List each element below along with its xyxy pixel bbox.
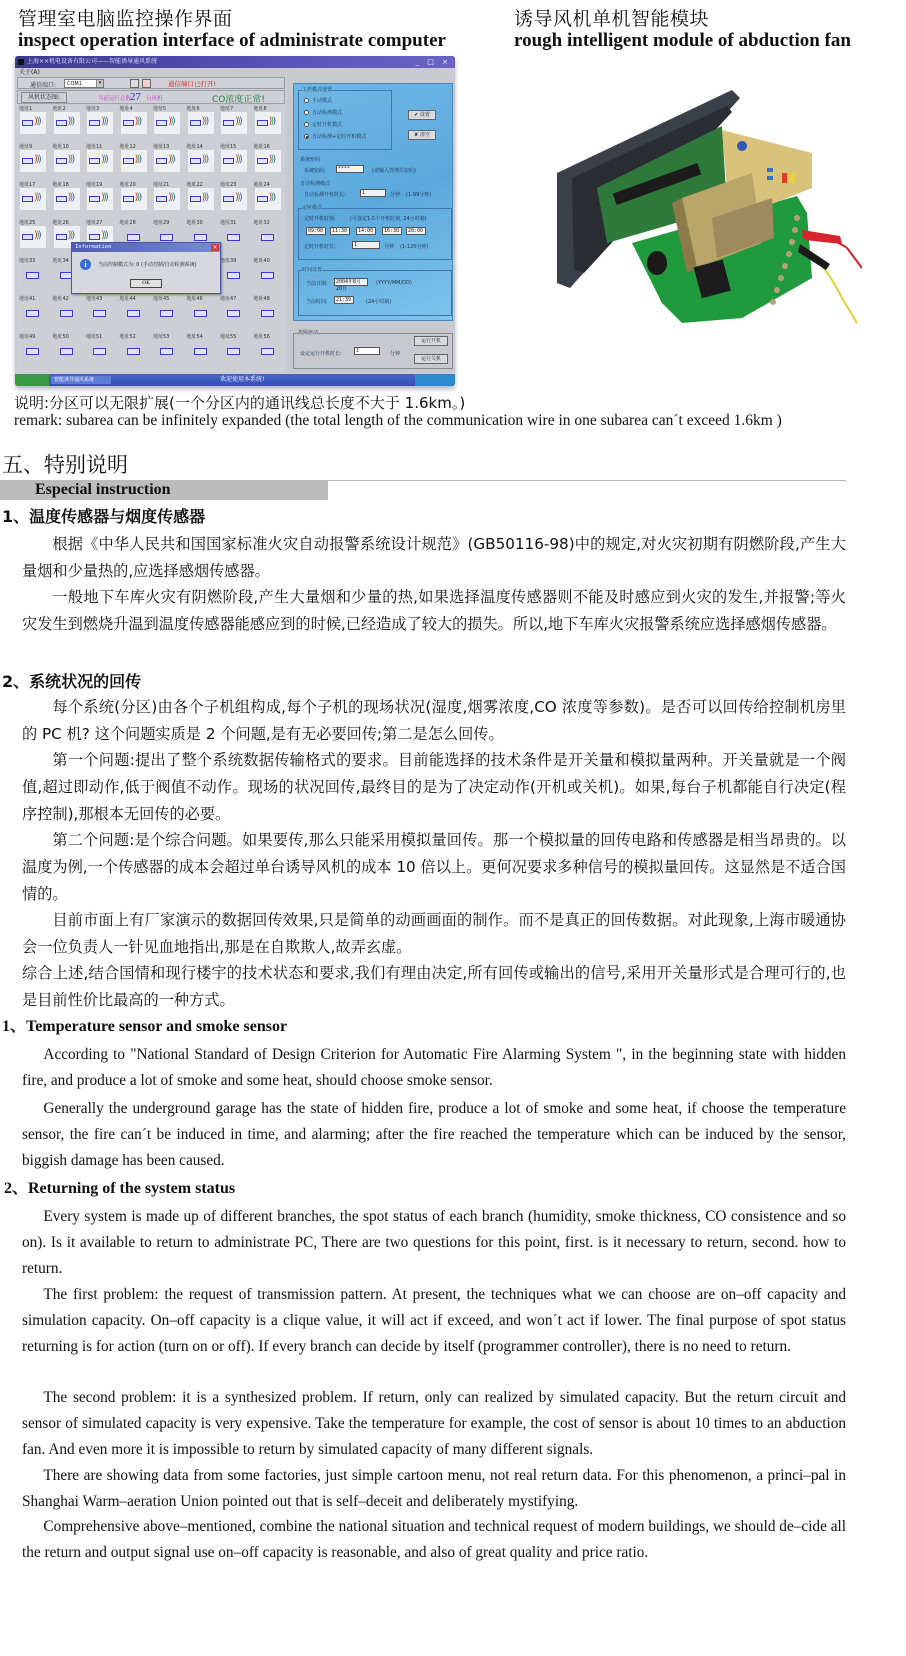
fan-cell[interactable]: 地址46 [185,295,218,328]
fan-cell[interactable]: 地址41 [17,295,50,328]
airflow-waves-icon: ))) [168,155,174,165]
fan-icon [227,272,240,279]
fan-tile [154,302,180,324]
fan-icon [261,310,274,317]
fan-cell[interactable]: 地址18))) [51,181,84,214]
date-input[interactable]: 2004年8月20日 [334,278,368,286]
settings-panel: 工作模式设置 手动模式 自动检测模式 定时开机模式 自动检测+定时开机模式 ✔ … [287,77,455,373]
fan-cell[interactable]: 地址11))) [84,143,117,176]
fan-address-label: 地址39 [220,257,236,264]
fan-icon [223,158,234,164]
date-hint: (YYYY/MM/DD) [376,280,412,286]
fan-tile: ))) [121,188,147,210]
fan-icon [127,310,140,317]
airflow-waves-icon: ))) [135,155,141,165]
fan-icon [56,234,67,240]
fan-icon [26,272,39,279]
airflow-waves-icon: ))) [101,117,107,127]
airflow-waves-icon: ))) [68,231,74,241]
fan-tile [221,302,247,324]
connect-icon[interactable] [142,79,151,88]
timer-input-1[interactable]: 09:00 [306,227,326,235]
cn-paragraph-1: 根据《中华人民共和国国家标准火灾自动报警系统设计规范》(GB50116-98)中… [22,531,846,585]
cn-paragraph-3: 每个系统(分区)由各个子机组构成,每个子机的现场状况(湿度,烟雾浓度,CO 浓度… [22,694,846,748]
fan-cell[interactable]: 地址45 [151,295,184,328]
fan-cell[interactable]: 地址15))) [218,143,251,176]
caption-left-cn: 管理室电脑监控操作界面 [18,8,233,30]
mode-label: 手动模式 [312,97,332,104]
fan-cell[interactable]: 地址54 [185,333,218,366]
caption-right-en: rough intelligent module of abduction fa… [514,30,854,51]
time-input[interactable]: 21:39 [334,296,354,304]
en-paragraph-5: The second problem: it is a synthesized … [22,1385,846,1462]
fan-address-label: 地址10 [53,143,69,150]
port-label: 通信端口: [30,80,56,89]
system-tray [415,374,455,386]
fan-cell[interactable]: 地址42 [51,295,84,328]
fan-address-label: 地址30 [187,219,203,226]
airflow-waves-icon: ))) [202,155,208,165]
fan-icon [194,310,207,317]
fan-cell[interactable]: 地址5))) [151,105,184,138]
fan-address-label: 地址44 [120,295,136,302]
fan-icon [194,234,207,241]
fan-icon [160,348,173,355]
fan-cell[interactable]: 地址16))) [252,143,285,176]
settings-area: 工作模式设置 手动模式 自动检测模式 定时开机模式 自动检测+定时开机模式 ✔ … [293,83,453,321]
fan-cell[interactable]: 地址43 [84,295,117,328]
fault-unit: 分钟 [390,350,400,357]
fan-address-label: 地址41 [19,295,35,302]
airflow-waves-icon: ))) [202,193,208,203]
fan-icon [261,272,274,279]
fan-icon [89,196,100,202]
fan-icon [89,120,100,126]
fan-grid: 地址1)))地址2)))地址3)))地址4)))地址5)))地址6)))地址7)… [17,105,285,372]
time-label: 当前时间: [306,298,328,305]
fan-icon [156,196,167,202]
fan-cell[interactable]: 地址24))) [252,181,285,214]
cn-paragraph-2: 一般地下车库火灾有阴燃阶段,产生大量烟和少量的热,如果选择温度传感器则不能及时感… [22,584,846,638]
fan-cell[interactable]: 地址47 [218,295,251,328]
mode-group-label: 工作模式设置 [302,86,332,93]
en-heading-1: 1、Temperature sensor and smoke sensor [2,1016,287,1038]
fan-icon [123,120,134,126]
fan-icon [123,196,134,202]
fault-group: 故障驱动 设定运行开机时长: 1 分钟 运行开机 运行关机 [293,333,453,369]
autodetect-hint: (1-99分钟) [406,191,431,198]
fan-address-label: 地址34 [53,257,69,264]
fan-address-label: 地址26 [53,219,69,226]
fan-cell[interactable]: 地址10))) [51,143,84,176]
airflow-waves-icon: ))) [101,193,107,203]
fan-icon [227,234,240,241]
en-paragraph-7: Comprehensive above–mentioned, combine t… [22,1514,846,1566]
fan-address-label: 地址45 [153,295,169,302]
fan-tile: ))) [87,112,113,134]
fan-tile: ))) [54,150,80,172]
mode-label: 定时开机模式 [312,121,342,128]
fan-address-label: 地址49 [19,333,35,340]
cn-paragraph-5: 第二个问题:是个综合问题。如果要传,那么只能采用模拟量回传。那一个模拟量的回传电… [22,827,846,908]
fan-address-label: 地址52 [120,333,136,340]
fan-cell[interactable]: 地址13))) [151,143,184,176]
fan-address-label: 地址50 [53,333,69,340]
fan-address-label: 地址2 [53,105,66,112]
remark-cn: 说明:分区可以无限扩展(一个分区内的通讯线总长度不大于 1.6km。) [14,394,465,412]
fan-icon [194,348,207,355]
info-icon: i [80,259,91,270]
fan-tile: ))) [255,112,281,134]
set-button[interactable]: ✔ 设置 [408,110,436,120]
dialog-message: 当前控制模式为: 0 (手动控制/自动检测系统) [98,261,197,268]
fan-tile [54,302,80,324]
fan-address-label: 地址20 [120,181,136,188]
cn-heading-1: 1、温度传感器与烟度传感器 [2,506,205,528]
cn-paragraph-4: 第一个问题:提出了整个系统数据传输格式的要求。目前能选择的技术条件是开关量和模拟… [22,747,846,828]
fan-icon [223,196,234,202]
module-photo [512,78,862,338]
fan-address-label: 地址55 [220,333,236,340]
fan-cell[interactable]: 地址7))) [218,105,251,138]
fan-icon [156,158,167,164]
fan-icon [127,348,140,355]
running-count: 27 [130,91,141,103]
fan-cell[interactable]: 地址14))) [185,143,218,176]
fan-address-label: 地址1 [19,105,32,112]
fan-address-label: 地址31 [220,219,236,226]
clear-button[interactable]: ✘ 清空 [408,130,436,140]
fan-tile [255,226,281,248]
fan-cell[interactable]: 地址1))) [17,105,50,138]
fan-address-label: 地址17 [19,181,35,188]
fan-icon [156,120,167,126]
taskbar: 智能诱导通风系统 欢迎使用本系统! [15,374,455,386]
caption-right-cn: 诱导风机单机智能模块 [514,8,709,30]
fan-cell[interactable]: 地址21))) [151,181,184,214]
fan-cell[interactable]: 地址2))) [51,105,84,138]
fan-address-label: 地址33 [19,257,35,264]
timer-input-3[interactable]: 14:00 [356,227,376,235]
autodetect-group-label: 自动检测模式 [300,180,330,187]
fan-cell[interactable]: 地址19))) [84,181,117,214]
timer-label: 定时开机时刻: [304,215,336,222]
mode-radio-autodetect[interactable] [304,110,309,115]
mode-radio-timer[interactable] [304,122,309,127]
section-title-en: Especial instruction [35,480,171,500]
airflow-waves-icon: ))) [34,155,40,165]
fan-map-label: 风机状态图: [21,92,67,103]
airflow-waves-icon: ))) [34,231,40,241]
fan-address-label: 地址15 [220,143,236,150]
airflow-waves-icon: ))) [269,117,275,127]
fan-icon [261,234,274,241]
fan-address-label: 地址4 [120,105,133,112]
fan-cell[interactable]: 地址3))) [84,105,117,138]
fan-tile [221,264,247,286]
fan-tile: ))) [20,188,46,210]
airflow-waves-icon: ))) [34,117,40,127]
window-title: 上海××机电设备有限公司——智能诱导通风系统 [27,58,157,65]
timer-duration-input[interactable]: 1 [352,241,380,249]
menu-bar: 关于(A) [15,68,455,77]
fan-cell[interactable]: 地址8))) [252,105,285,138]
airflow-waves-icon: ))) [235,117,241,127]
fan-icon [257,196,268,202]
co-status: CO浓度正常! [212,92,265,105]
fan-tile: ))) [188,188,214,210]
fan-address-label: 地址11 [86,143,102,150]
running-count-unit: 台风机 [146,94,163,102]
airflow-waves-icon: ))) [202,117,208,127]
fan-tile: ))) [221,150,247,172]
fan-address-label: 地址47 [220,295,236,302]
fan-tile [20,340,46,362]
fan-tile [20,264,46,286]
fan-address-label: 地址6 [187,105,200,112]
mode-radio-auto-timer[interactable] [304,134,309,139]
airflow-waves-icon: ))) [235,193,241,203]
fan-address-label: 地址8 [254,105,267,112]
fan-address-label: 地址18 [53,181,69,188]
timer-hint: (可设定1-5个开机时刻, 24小时制) [350,215,427,222]
fan-tile [255,302,281,324]
fan-tile: ))) [54,188,80,210]
fan-cell[interactable]: 地址48 [252,295,285,328]
cn-paragraph-6: 目前市面上有厂家演示的数据回传效果,只是简单的动画画面的制作。而不是真正的回传数… [22,907,846,961]
fan-cell[interactable]: 地址32 [252,219,285,252]
fan-tile: ))) [20,112,46,134]
toolbar: 通信端口: COM1 ▾ 通信端口已打开! [17,77,285,89]
fan-address-label: 地址51 [86,333,102,340]
airflow-waves-icon: ))) [269,155,275,165]
fan-cell[interactable]: 地址55 [218,333,251,366]
fan-tile [87,340,113,362]
airflow-waves-icon: ))) [135,117,141,127]
fan-address-label: 地址53 [153,333,169,340]
fan-icon [56,196,67,202]
fan-icon [93,310,106,317]
time-hint: (24小时制) [366,298,391,305]
autodetect-input[interactable]: 1 [360,189,386,197]
fan-address-label: 地址46 [187,295,203,302]
port-value: COM1 [67,81,82,87]
ok-button[interactable]: OK [130,279,162,288]
timer-duration-hint: (1-120分钟) [400,243,428,250]
fan-cell[interactable]: 地址25))) [17,219,50,252]
fan-icon [60,348,73,355]
fan-cell[interactable]: 地址31 [218,219,251,252]
airflow-waves-icon: ))) [68,155,74,165]
airflow-waves-icon: ))) [68,193,74,203]
fan-cell[interactable]: 地址22))) [185,181,218,214]
timer-input-4[interactable]: 16:30 [382,227,402,235]
airflow-waves-icon: ))) [68,117,74,127]
start-button[interactable] [15,374,49,386]
fan-address-label: 地址16 [254,143,270,150]
remark-en: remark: subarea can be infinitely expand… [14,412,782,430]
fan-cell[interactable]: 地址20))) [118,181,151,214]
fan-tile: ))) [255,150,281,172]
mode-radio-manual[interactable] [304,98,309,103]
fan-tile: ))) [20,150,46,172]
fan-address-label: 地址27 [86,219,102,226]
airflow-waves-icon: ))) [34,193,40,203]
fan-tile [20,302,46,324]
fault-input[interactable]: 1 [354,347,380,355]
fan-cell[interactable]: 地址52 [118,333,151,366]
fan-cell[interactable]: 地址56 [252,333,285,366]
fan-icon [60,310,73,317]
run-off-button[interactable]: 运行关机 [414,354,448,364]
mode-label: 自动检测模式 [312,109,342,116]
fan-address-label: 地址3 [86,105,99,112]
fan-icon [190,120,201,126]
fan-icon [26,348,39,355]
port-select[interactable]: COM1 ▾ [64,79,104,88]
fan-icon [227,310,240,317]
password-label: 系统密码: [304,167,326,174]
airflow-waves-icon: ))) [269,193,275,203]
fan-address-label: 地址14 [187,143,203,150]
status-row: 风机状态图: 当前运行总数 27 台风机 CO浓度正常! [17,90,285,104]
fan-tile [255,264,281,286]
fan-icon [227,348,240,355]
taskbar-item[interactable]: 智能诱导通风系统 [51,376,111,384]
fan-icon [89,158,100,164]
section-title-band: Especial instruction [0,480,328,500]
timer-group-label: 定时模式 [302,204,322,211]
fan-address-label: 地址54 [187,333,203,340]
fan-cell[interactable]: 地址6))) [185,105,218,138]
fan-cell[interactable]: 地址9))) [17,143,50,176]
timer-input-5[interactable]: 20:00 [406,227,426,235]
fan-cell[interactable]: 地址49 [17,333,50,366]
section-divider [328,480,846,481]
fan-address-label: 地址22 [187,181,203,188]
fan-address-label: 地址42 [53,295,69,302]
fan-icon [89,234,100,240]
fan-address-label: 地址5 [153,105,166,112]
window-titlebar: 上海××机电设备有限公司——智能诱导通风系统 _ □ × [15,56,455,68]
fan-cell[interactable]: 地址12))) [118,143,151,176]
window-controls[interactable]: _ □ × [416,56,451,68]
fan-tile: ))) [54,112,80,134]
fan-cell[interactable]: 地址44 [118,295,151,328]
fan-cell[interactable]: 地址23))) [218,181,251,214]
chevron-down-icon[interactable]: ▾ [96,80,103,87]
fan-tile: ))) [87,150,113,172]
information-dialog: Information × i 当前控制模式为: 0 (手动控制/自动检测系统)… [71,242,221,294]
fan-tile: ))) [121,150,147,172]
fan-tile: ))) [154,112,180,134]
autodetect-label: 自动检测开机时长: [304,191,346,198]
fan-icon [127,234,140,241]
fan-icon [123,158,134,164]
fan-tile [255,340,281,362]
fan-icon [190,196,201,202]
running-count-label: 当前运行总数 [98,94,131,102]
run-on-button[interactable]: 运行开机 [414,336,448,346]
fan-address-label: 地址48 [254,295,270,302]
fan-address-label: 地址56 [254,333,270,340]
fan-address-label: 地址29 [153,219,169,226]
autodetect-unit: 分钟 [390,191,400,198]
fan-cell[interactable]: 地址40 [252,257,285,290]
fan-address-label: 地址32 [254,219,270,226]
fan-address-label: 地址9 [19,143,32,150]
airflow-waves-icon: ))) [168,117,174,127]
fault-group-label: 故障驱动 [298,329,318,336]
fan-tile [121,302,147,324]
fan-address-label: 地址13 [153,143,169,150]
fan-address-label: 地址43 [86,295,102,302]
fan-address-label: 地址19 [86,181,102,188]
fan-address-label: 地址25 [19,219,35,226]
timer-input-2[interactable]: 11:30 [330,227,350,235]
admin-ui-screenshot: 上海××机电设备有限公司——智能诱导通风系统 _ □ × 关于(A) 通信端口:… [15,56,455,386]
fan-icon [56,158,67,164]
fan-address-label: 地址7 [220,105,233,112]
fan-address-label: 地址21 [153,181,169,188]
fan-tile: ))) [154,188,180,210]
airflow-waves-icon: ))) [235,155,241,165]
fan-icon [26,310,39,317]
date-label: 当前日期: [306,280,328,287]
fan-tile [54,340,80,362]
fan-icon [257,158,268,164]
en-paragraph-6: There are showing data from some factori… [22,1463,846,1515]
en-heading-2: 2、Returning of the system status [4,1178,235,1200]
welcome-text: 欢迎使用本系统! [220,374,264,386]
fan-cell[interactable]: 地址50 [51,333,84,366]
fan-cell[interactable]: 地址4))) [118,105,151,138]
fan-cell[interactable]: 地址33 [17,257,50,290]
save-icon[interactable] [130,79,139,88]
fan-cell[interactable]: 地址39 [218,257,251,290]
airflow-waves-icon: ))) [168,193,174,203]
close-icon[interactable]: × [211,244,219,251]
fan-tile: ))) [221,188,247,210]
fan-tile [87,302,113,324]
fan-tile [221,226,247,248]
fan-tile: ))) [221,112,247,134]
fan-icon [160,234,173,241]
mode-label: 自动检测+定时开机模式 [312,133,366,140]
fan-icon [22,234,33,240]
fan-tile: ))) [20,226,46,248]
password-group-label: 系统密码 [300,156,320,163]
fan-tile: ))) [121,112,147,134]
en-paragraph-4: The first problem: the request of transm… [22,1282,846,1359]
fan-cell[interactable]: 地址51 [84,333,117,366]
fan-icon [190,158,201,164]
fan-tile: ))) [255,188,281,210]
timer-duration-unit: 分钟 [384,243,394,250]
password-input[interactable]: **** [336,165,364,173]
fan-cell[interactable]: 地址53 [151,333,184,366]
fan-address-label: 地址28 [120,219,136,226]
fan-address-label: 地址40 [254,257,270,264]
fan-tile: ))) [188,150,214,172]
menu-about[interactable]: 关于(A) [19,69,40,76]
port-status: 通信端口已打开! [168,79,216,88]
fan-tile [154,340,180,362]
fan-tile [221,340,247,362]
fan-icon [261,348,274,355]
en-paragraph-3: Every system is made up of different bra… [22,1204,846,1281]
fan-cell[interactable]: 地址17))) [17,181,50,214]
